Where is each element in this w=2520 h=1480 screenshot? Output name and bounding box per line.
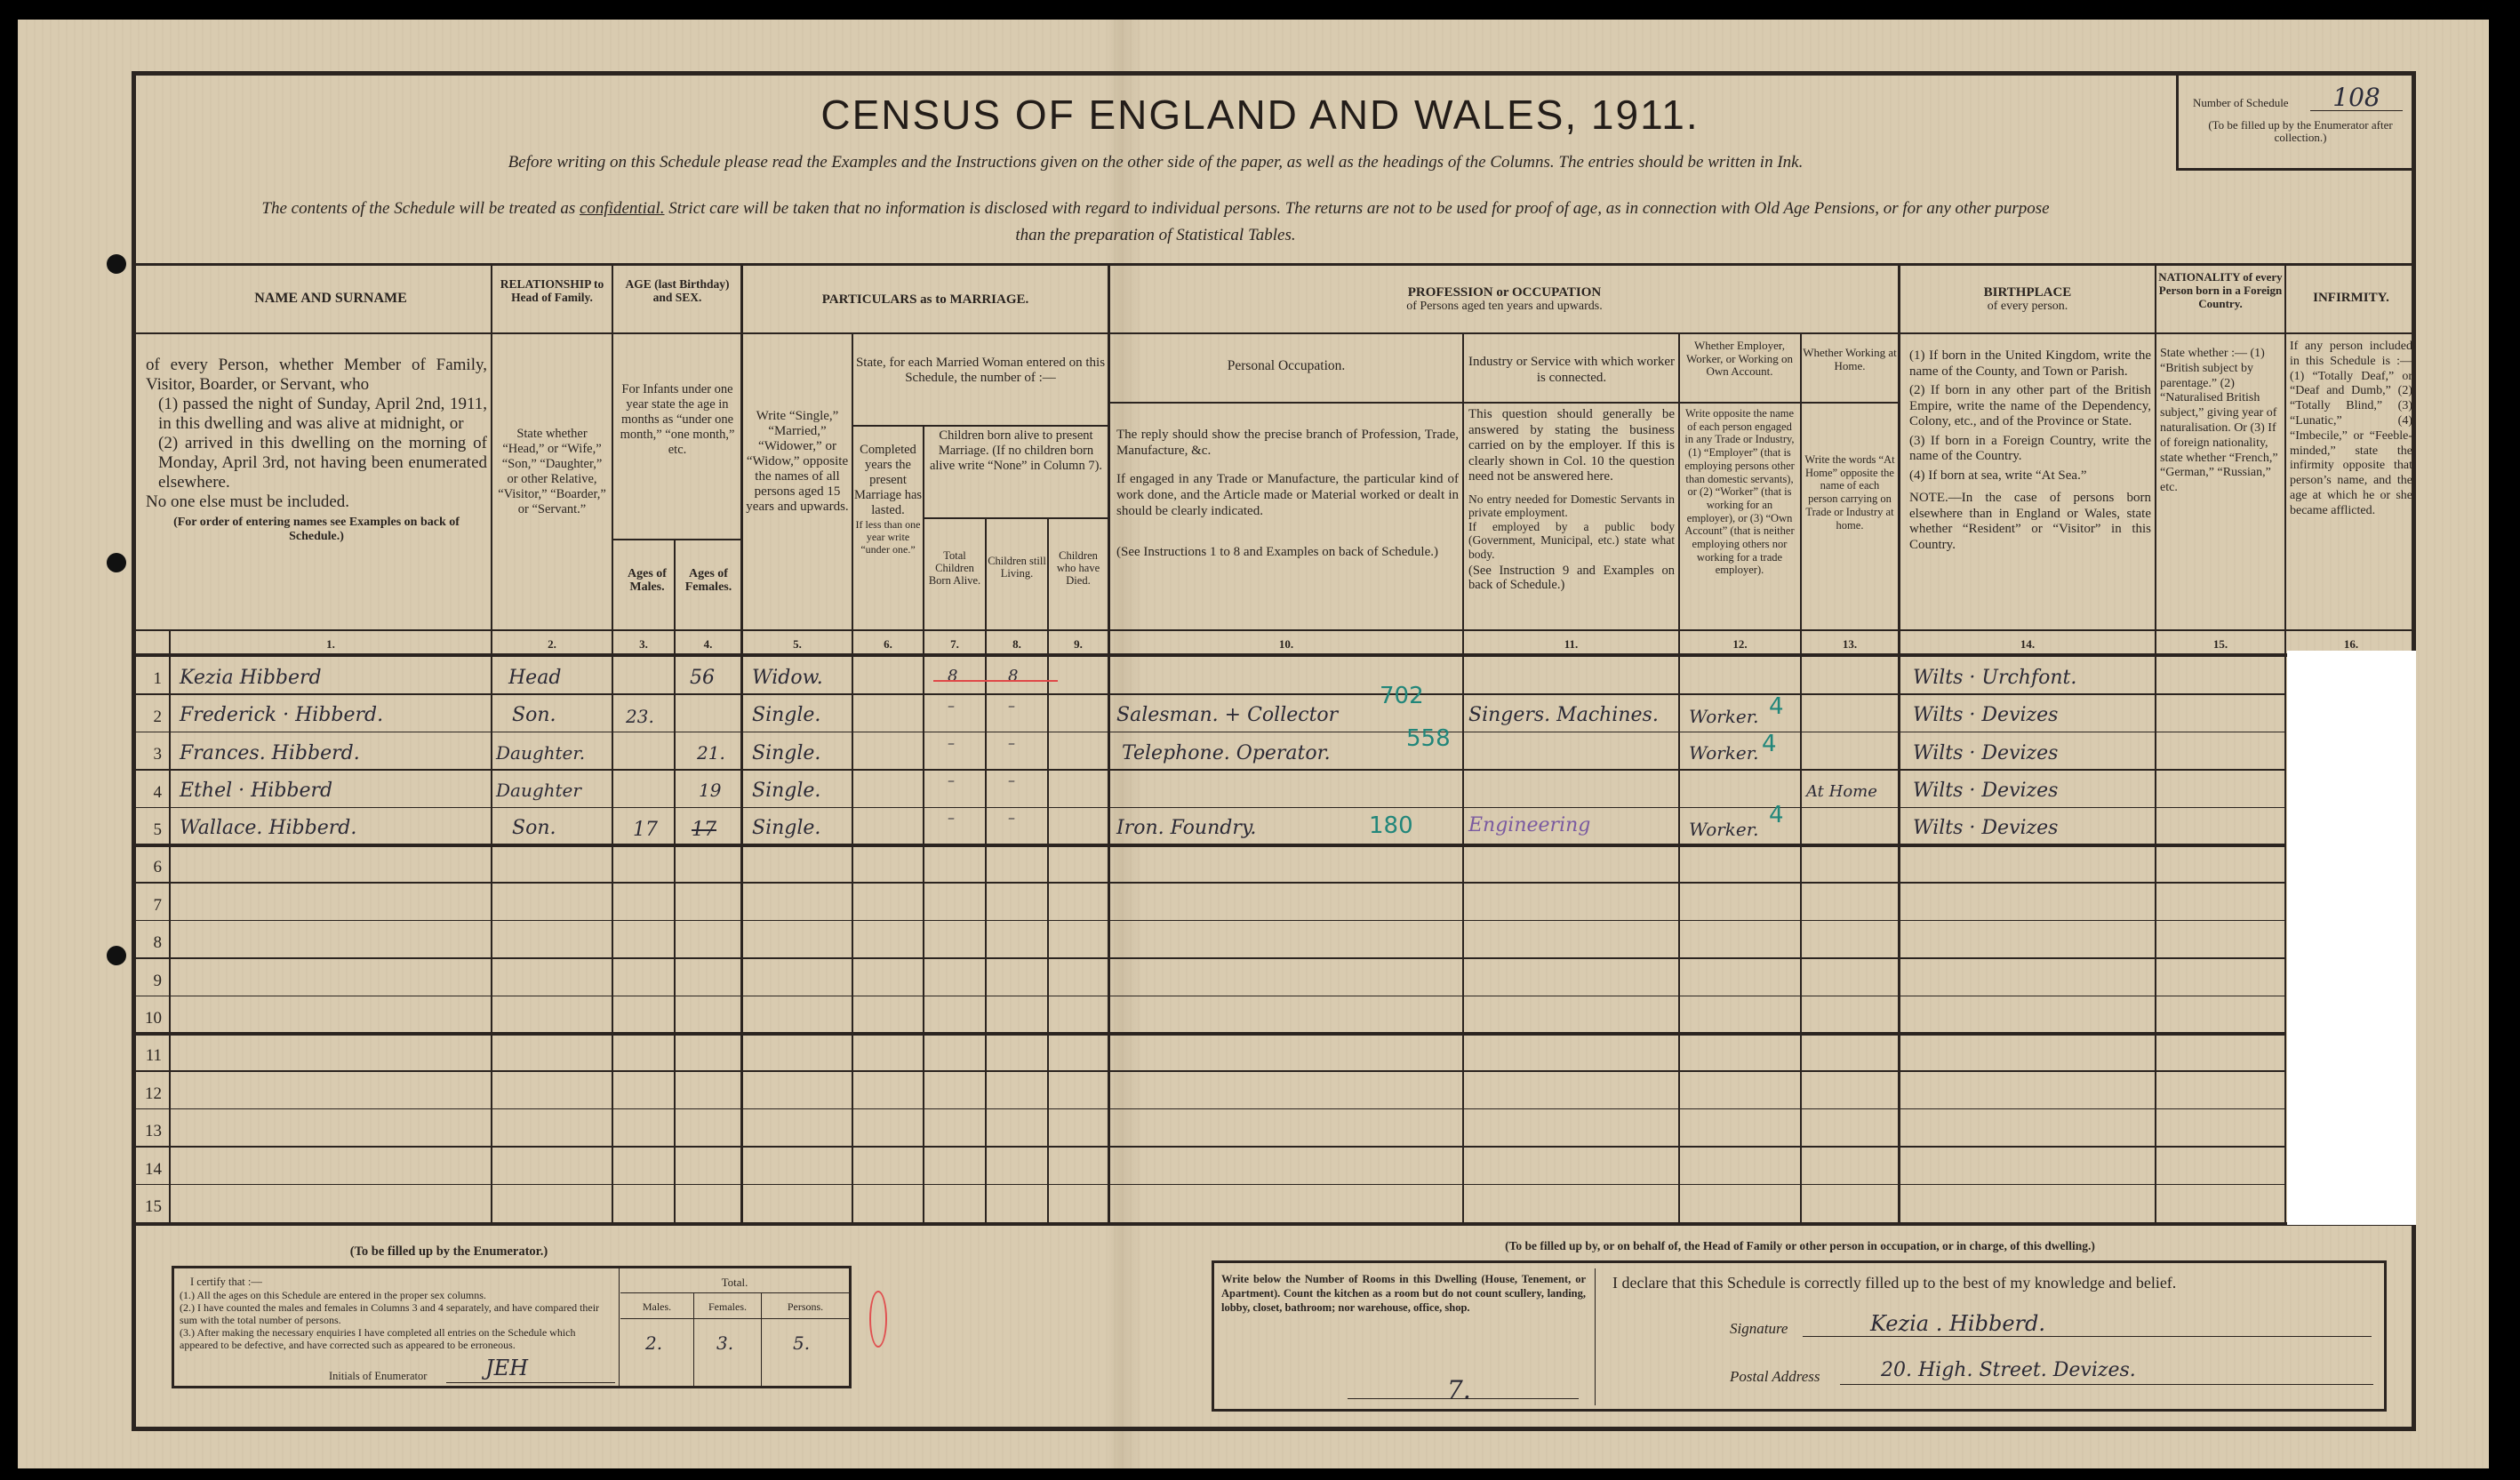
row-rule <box>133 844 2284 847</box>
confidential-text-a: The contents of the Schedule will be tre… <box>261 199 580 218</box>
row5-age-male[interactable]: 17 <box>633 819 658 841</box>
persons-label: Persons. <box>762 1300 849 1314</box>
desc-occupation-c: (See Instructions 1 to 8 and Examples on… <box>1116 544 1459 560</box>
header-personal-occupation: Personal Occupation. <box>1111 359 1461 372</box>
row1-relationship[interactable]: Head <box>508 667 561 689</box>
header-total-born-alive: Total Children Born Alive. <box>924 549 985 587</box>
row-rule <box>133 957 2284 959</box>
schedule-number-value[interactable]: 108 <box>2310 85 2403 111</box>
row-number: 4 <box>133 783 162 803</box>
desc-name-c: (2) arrived in this dwelling on the morn… <box>146 434 487 492</box>
row2-born-alive[interactable]: – <box>948 697 955 714</box>
enumerator-certification-box: I certify that :— (1.) All the ages on t… <box>172 1266 852 1388</box>
column-number-16: 16. <box>2286 637 2416 652</box>
confidential-notice: The contents of the Schedule will be tre… <box>142 199 2169 219</box>
desc-marital-status: Write “Single,” “Married,” “Widower,” or… <box>745 409 850 515</box>
row1-born-alive[interactable]: 8 <box>948 667 957 685</box>
desc-birthplace: (1) If born in the United Kingdom, write… <box>1909 348 2151 553</box>
desc-years-married-main: Completed years the present Marriage has… <box>853 443 923 518</box>
infirmity-redacted-area <box>2287 651 2416 1225</box>
row3-occupation-code: 558 <box>1406 725 1451 752</box>
desc-industry-c: If employed by a public body (Government… <box>1468 520 1675 562</box>
column-number-5: 5. <box>743 637 852 652</box>
col-divider <box>491 263 492 1223</box>
column-number-11: 11. <box>1464 637 1678 652</box>
row-number: 7 <box>133 896 162 916</box>
header-ages-males: Ages of Males. <box>622 567 672 594</box>
rooms-divider <box>1595 1268 1596 1405</box>
occupation-sub-rule <box>1108 402 1898 404</box>
row-rule <box>133 693 2284 695</box>
column-number-7: 7. <box>924 637 985 652</box>
col-divider <box>169 629 171 1223</box>
instruction-line: Before writing on this Schedule please r… <box>142 153 2169 172</box>
row-rule <box>133 882 2284 884</box>
row3-occupation[interactable]: Telephone. Operator. <box>1122 742 1331 764</box>
column-number-6: 6. <box>853 637 923 652</box>
row5-born-alive[interactable]: – <box>948 809 955 826</box>
header-working-at-home: Whether Working at Home. <box>1803 347 1897 372</box>
col-divider <box>612 263 613 1223</box>
desc-years-married-sub: If less than one year write “under one.” <box>853 518 923 556</box>
row3-employment[interactable]: Worker. <box>1689 742 1758 764</box>
row2-marital[interactable]: Single. <box>752 704 820 726</box>
row4-marital[interactable]: Single. <box>752 780 820 802</box>
row5-industry[interactable]: Engineering <box>1468 814 1590 836</box>
row-number: 3 <box>133 745 162 764</box>
row4-name[interactable]: Ethel · Hibberd <box>180 780 332 802</box>
desc-industry-d: (See Instruction 9 and Examples on back … <box>1468 564 1675 592</box>
age-sub-rule <box>612 539 741 540</box>
row-number: 15 <box>133 1197 162 1217</box>
col-divider <box>740 263 743 1223</box>
header-marriage: PARTICULARS as to MARRIAGE. <box>743 293 1108 307</box>
desc-years-married: Completed years the present Marriage has… <box>853 443 923 556</box>
row3-born-alive[interactable]: – <box>948 734 955 751</box>
married-woman-rule <box>852 425 1108 427</box>
schedule-number-label: Number of Schedule <box>2193 96 2289 110</box>
total-rule <box>620 1292 849 1293</box>
row-rule <box>133 1108 2284 1110</box>
header-relationship: RELATIONSHIP to Head of Family. <box>493 277 611 304</box>
row1-age-female[interactable]: 56 <box>690 667 715 689</box>
row1-marital[interactable]: Widow. <box>752 667 823 689</box>
certify-item-3: (3.) After making the necessary enquirie… <box>180 1327 615 1351</box>
header-name-surname: NAME AND SURNAME <box>171 292 491 305</box>
row1-name[interactable]: Kezia Hibberd <box>180 667 322 689</box>
column-number-14: 14. <box>1900 637 2155 652</box>
desc-birthplace-d: (4) If born at sea, write “At Sea.” <box>1909 468 2151 484</box>
initials-label: Initials of Enumerator <box>329 1370 427 1383</box>
row4-birthplace[interactable]: Wilts · Devizes <box>1913 780 2058 802</box>
col-divider <box>1800 334 1802 1223</box>
header-birthplace: BIRTHPLACE of every person. <box>1900 286 2155 313</box>
desc-industry: This question should generally be answer… <box>1468 407 1675 592</box>
column-number-12: 12. <box>1680 637 1800 652</box>
schedule-number-note: (To be filled up by the Enumerator after… <box>2189 119 2412 144</box>
desc-birthplace-b: (2) If born in any other part of the Bri… <box>1909 383 2151 430</box>
desc-name-e: (For order of entering names see Example… <box>146 516 487 544</box>
body-top-rule <box>133 653 2416 657</box>
row2-employment[interactable]: Worker. <box>1689 706 1758 727</box>
header-occupation-sub: of Persons aged ten years and upwards. <box>1111 300 1898 313</box>
total-label: Total. <box>620 1276 849 1290</box>
red-check-mark <box>869 1291 887 1348</box>
desc-age-infants: For Infants under one year state the age… <box>617 382 738 458</box>
row5-employment[interactable]: Worker. <box>1689 819 1758 840</box>
row5-age-female-struck[interactable]: 17 <box>692 819 716 841</box>
address-label: Postal Address <box>1730 1368 1820 1386</box>
row3-employment-code: 4 <box>1762 731 1777 757</box>
row5-relationship[interactable]: Son. <box>512 817 556 839</box>
row2-name[interactable]: Frederick · Hibberd. <box>180 704 383 726</box>
row1-still-living[interactable]: 8 <box>1008 667 1018 685</box>
header-birthplace-sub: of every person. <box>1900 300 2155 313</box>
header-children-living: Children still Living. <box>987 555 1047 580</box>
row5-name[interactable]: Wallace. Hibberd. <box>180 817 356 839</box>
col-divider <box>2284 263 2286 1223</box>
row3-birthplace[interactable]: Wilts · Devizes <box>1913 742 2058 764</box>
row5-marital[interactable]: Single. <box>752 817 820 839</box>
header-children-born: Children born alive to present Marriage.… <box>926 428 1106 474</box>
head-section-title: (To be filled up by, or on behalf of, th… <box>1209 1239 2391 1253</box>
signature-line <box>1803 1336 2372 1337</box>
column-number-13: 13. <box>1802 637 1898 652</box>
males-total[interactable]: 2. <box>645 1332 662 1354</box>
row-number: 6 <box>133 858 162 877</box>
punch-hole <box>107 553 126 572</box>
desc-name-a: of every Person, whether Member of Famil… <box>146 356 487 395</box>
row2-still-living[interactable]: – <box>1008 697 1015 714</box>
certify-item-1: (1.) All the ages on this Schedule are e… <box>180 1290 615 1302</box>
desc-name-d: No one else must be included. <box>146 492 487 512</box>
rooms-instruction: Write below the Number of Rooms in this … <box>1221 1272 1586 1315</box>
row-number: 10 <box>133 1009 162 1028</box>
total-rule-2 <box>620 1318 849 1319</box>
totals-divider <box>619 1268 620 1386</box>
col-divider <box>1678 334 1680 1223</box>
row-rule <box>133 1146 2284 1148</box>
row-number: 13 <box>133 1122 162 1141</box>
row2-industry[interactable]: Singers. Machines. <box>1468 704 1659 726</box>
row-number: 2 <box>133 708 162 727</box>
header-sub-rule <box>133 332 2416 334</box>
column-number-8: 8. <box>987 637 1047 652</box>
desc-nationality: State whether :— (1) “British subject by… <box>2160 347 2281 496</box>
header-age-sex: AGE (last Birthday) and SEX. <box>615 277 740 304</box>
col-divider <box>2155 263 2156 1223</box>
desc-birthplace-c: (3) If born in a Foreign Country, write … <box>1909 434 2151 465</box>
row-rule <box>133 807 2284 809</box>
row-number: 14 <box>133 1160 162 1180</box>
row2-occupation[interactable]: Salesman. + Collector <box>1116 704 1338 726</box>
header-occupation-title: PROFESSION or OCCUPATION <box>1111 286 1898 300</box>
row4-still-living[interactable]: – <box>1008 772 1015 788</box>
desc-birthplace-a: (1) If born in the United Kingdom, write… <box>1909 348 2151 380</box>
column-number-15: 15. <box>2156 637 2284 652</box>
certify-heading: I certify that :— <box>190 1276 262 1289</box>
row1-birthplace[interactable]: Wilts · Urchfont. <box>1913 667 2076 689</box>
col-divider <box>923 425 924 1223</box>
row2-employment-code: 4 <box>1769 693 1784 720</box>
header-married-woman: State, for each Married Woman entered on… <box>855 356 1106 386</box>
row2-relationship[interactable]: Son. <box>512 704 556 726</box>
desc-occupation-a: The reply should show the precise branch… <box>1116 427 1459 459</box>
enumerator-section-title: (To be filled up by the Enumerator.) <box>160 1244 738 1260</box>
confidential-notice-line2: than the preparation of Statistical Tabl… <box>142 226 2169 245</box>
row3-marital[interactable]: Single. <box>752 742 820 764</box>
row5-employment-code: 4 <box>1769 802 1784 828</box>
col-divider <box>1047 517 1049 1223</box>
confidential-word: confidential. <box>580 199 665 218</box>
row-number: 1 <box>133 669 162 689</box>
males-label: Males. <box>620 1300 693 1314</box>
row-rule <box>133 1070 2284 1072</box>
row2-birthplace[interactable]: Wilts · Devizes <box>1913 704 2058 726</box>
desc-industry-b: No entry needed for Domestic Servants in… <box>1468 492 1675 520</box>
row2-occupation-code: 702 <box>1380 683 1424 709</box>
row-rule <box>133 1032 2284 1036</box>
initials-line <box>446 1382 615 1383</box>
head-declaration-box: Write below the Number of Rooms in this … <box>1212 1260 2387 1412</box>
column-number-4: 4. <box>676 637 740 652</box>
row4-age-female[interactable]: 19 <box>699 780 721 801</box>
row4-relationship[interactable]: Daughter <box>496 780 581 801</box>
punch-hole <box>107 254 126 274</box>
row4-at-home[interactable]: At Home <box>1806 782 1877 801</box>
row-number: 12 <box>133 1084 162 1104</box>
confidential-text-b: Strict care will be taken that no inform… <box>665 199 2050 218</box>
desc-infirmity: If any person included in this Schedule … <box>2290 340 2412 519</box>
address-line <box>1840 1384 2373 1385</box>
females-total[interactable]: 3. <box>716 1332 733 1354</box>
desc-name: of every Person, whether Member of Famil… <box>146 356 487 544</box>
header-birthplace-title: BIRTHPLACE <box>1900 286 2155 300</box>
row2-age-male[interactable]: 23. <box>626 706 654 727</box>
desc-working-at-home: Write the words “At Home” opposite the n… <box>1804 453 1895 532</box>
row-number: 8 <box>133 933 162 953</box>
desc-occupation-b: If engaged in any Trade or Manufacture, … <box>1116 471 1459 519</box>
schedule-number-box: Number of Schedule 108 (To be filled up … <box>2176 71 2414 171</box>
body-bottom-rule <box>133 1222 2416 1226</box>
page-title: CENSUS OF ENGLAND AND WALES, 1911. <box>0 91 2520 139</box>
column-number-9: 9. <box>1049 637 1108 652</box>
col-divider <box>985 517 987 1223</box>
col-divider <box>1462 334 1464 1223</box>
row3-still-living[interactable]: – <box>1008 734 1015 751</box>
signature-label: Signature <box>1730 1320 1788 1338</box>
header-occupation: PROFESSION or OCCUPATION of Persons aged… <box>1111 286 1898 313</box>
header-children-died: Children who have Died. <box>1049 549 1108 587</box>
row3-age-female[interactable]: 21. <box>697 742 725 764</box>
row3-name[interactable]: Frances. Hibberd. <box>180 742 360 764</box>
row5-occupation-code: 180 <box>1369 812 1413 839</box>
rooms-value[interactable]: 7. <box>1447 1375 1471 1404</box>
signature-value[interactable]: Kezia . Hibberd. <box>1870 1311 2045 1336</box>
desc-relationship: State whether “Head,” or “Wife,” “Son,” … <box>496 427 608 517</box>
row5-birthplace[interactable]: Wilts · Devizes <box>1913 817 2058 839</box>
row-rule <box>133 769 2284 771</box>
desc-name-b: (1) passed the night of Sunday, April 2n… <box>146 395 487 434</box>
row1-red-strike <box>933 680 1058 682</box>
desc-industry-a: This question should generally be answer… <box>1468 407 1675 485</box>
row-number: 11 <box>133 1046 162 1066</box>
row3-relationship[interactable]: Daughter. <box>496 742 585 764</box>
header-ages-females: Ages of Females. <box>677 567 740 594</box>
header-nationality: NATIONALITY of every Person born in a Fo… <box>2158 270 2283 310</box>
row-number: 5 <box>133 820 162 840</box>
desc-birthplace-e: NOTE.—In the case of persons born elsewh… <box>1909 491 2151 553</box>
certify-item-2: (2.) I have counted the males and female… <box>180 1302 615 1326</box>
row5-occupation[interactable]: Iron. Foundry. <box>1116 817 1256 839</box>
declaration-text: I declare that this Schedule is correctl… <box>1612 1274 2176 1292</box>
row-number: 9 <box>133 972 162 991</box>
column-number-rule <box>133 629 2416 631</box>
row-rule <box>133 1184 2284 1186</box>
initials-value[interactable]: JEH <box>485 1356 528 1380</box>
header-employment-status: Whether Employer, Worker, or Working on … <box>1681 340 1798 379</box>
column-number-2: 2. <box>492 637 612 652</box>
address-value[interactable]: 20. High. Street. Devizes. <box>1881 1359 2136 1381</box>
col-divider <box>1108 263 1110 1223</box>
header-industry: Industry or Service with which worker is… <box>1467 354 1676 386</box>
children-rule <box>923 517 1108 519</box>
persons-total[interactable]: 5. <box>793 1332 810 1354</box>
row-rule <box>133 732 2284 733</box>
row-rule <box>133 996 2284 997</box>
punch-hole <box>107 946 126 965</box>
column-number-3: 3. <box>613 637 674 652</box>
col-divider <box>1898 263 1900 1223</box>
column-number-10: 10. <box>1110 637 1462 652</box>
header-top-rule <box>133 263 2416 266</box>
females-label: Females. <box>694 1300 761 1314</box>
desc-personal-occupation: The reply should show the precise branch… <box>1116 427 1459 560</box>
desc-employment-status: Write opposite the name of each person e… <box>1682 407 1797 577</box>
column-number-1: 1. <box>171 637 491 652</box>
row5-still-living[interactable]: – <box>1008 809 1015 826</box>
header-infirmity: INFIRMITY. <box>2288 292 2414 305</box>
row-rule <box>133 920 2284 922</box>
row4-born-alive[interactable]: – <box>948 772 955 788</box>
